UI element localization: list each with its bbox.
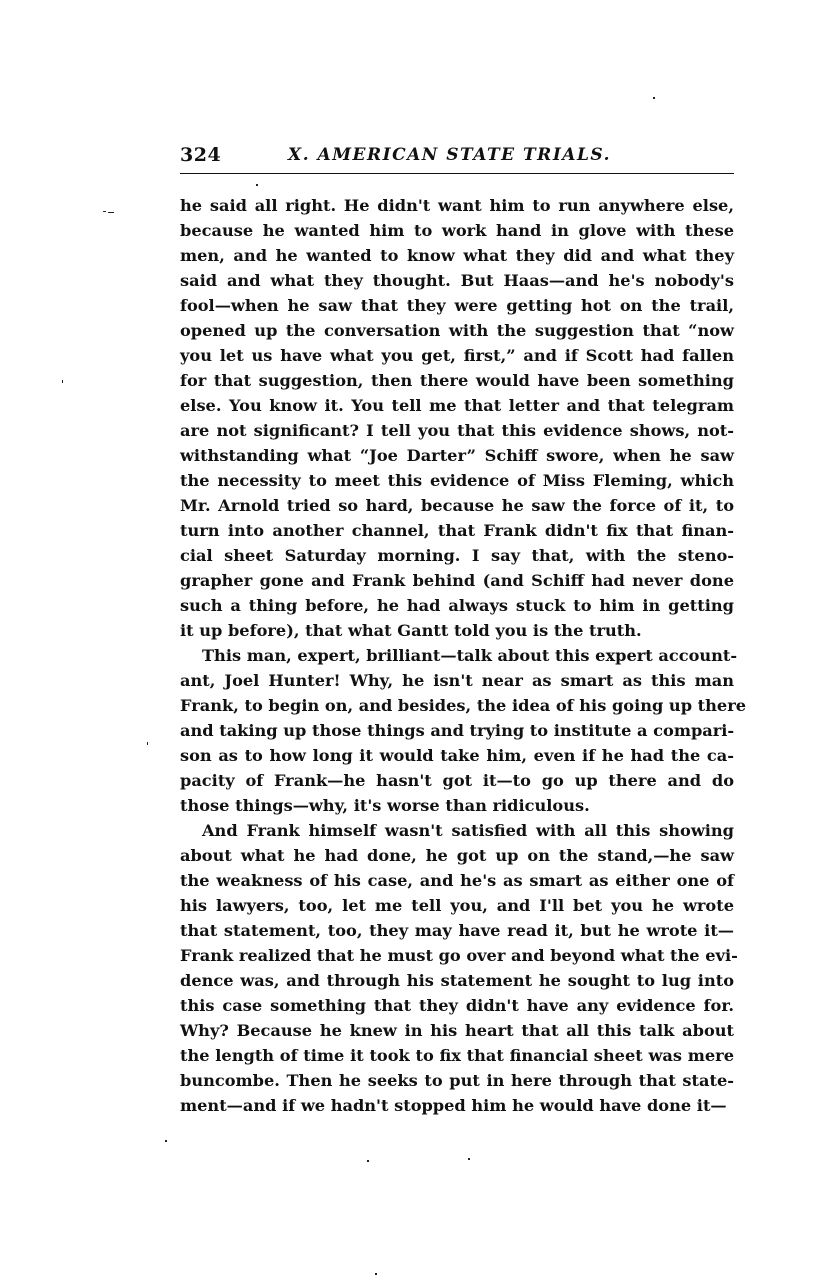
text-line: said and what they thought. But Haas—and… xyxy=(180,268,734,293)
text-line: Mr. Arnold tried so hard, because he saw… xyxy=(180,493,734,518)
text-line: And Frank himself wasn't satisfied with … xyxy=(180,818,734,843)
scan-speck xyxy=(62,380,63,383)
text-line: those things—why, it's worse than ridicu… xyxy=(180,793,734,818)
book-page: 324 X. AMERICAN STATE TRIALS. he said al… xyxy=(0,0,836,1284)
text-line: buncombe. Then he seeks to put in here t… xyxy=(180,1068,734,1093)
text-line: for that suggestion, then there would ha… xyxy=(180,368,734,393)
running-head: X. AMERICAN STATE TRIALS. xyxy=(288,145,611,165)
text-line: fool—when he saw that they were getting … xyxy=(180,293,734,318)
scan-speck xyxy=(375,1273,377,1275)
text-line: This man, expert, brilliant—talk about t… xyxy=(180,643,734,668)
text-line: about what he had done, he got up on the… xyxy=(180,843,734,868)
text-line: he said all right. He didn't want him to… xyxy=(180,193,734,218)
scan-speck xyxy=(165,1140,167,1142)
text-line: son as to how long it would take him, ev… xyxy=(180,743,734,768)
text-line: Frank, to begin on, and besides, the ide… xyxy=(180,693,734,718)
scan-speck xyxy=(653,97,655,99)
scan-speck xyxy=(367,1160,369,1162)
scan-speck xyxy=(103,211,106,212)
text-line: opened up the conversation with the sugg… xyxy=(180,318,734,343)
header-rule xyxy=(180,173,734,174)
paragraph: This man, expert, brilliant—talk about t… xyxy=(180,643,734,818)
scan-speck xyxy=(108,212,114,213)
scan-speck xyxy=(468,1158,470,1160)
text-line: such a thing before, he had always stuck… xyxy=(180,593,734,618)
text-line: are not significant? I tell you that thi… xyxy=(180,418,734,443)
page-header: 324 X. AMERICAN STATE TRIALS. xyxy=(180,144,734,174)
text-line: cial sheet Saturday morning. I say that,… xyxy=(180,543,734,568)
text-line: withstanding what “Joe Darter” Schiff sw… xyxy=(180,443,734,468)
text-line: men, and he wanted to know what they did… xyxy=(180,243,734,268)
text-line: grapher gone and Frank behind (and Schif… xyxy=(180,568,734,593)
text-line: ment—and if we hadn't stopped him he wou… xyxy=(180,1093,734,1118)
text-line: it up before), that what Gantt told you … xyxy=(180,618,734,643)
text-line: you let us have what you get, first,” an… xyxy=(180,343,734,368)
text-line: the length of time it took to fix that f… xyxy=(180,1043,734,1068)
text-line: the weakness of his case, and he's as sm… xyxy=(180,868,734,893)
text-line: Frank realized that he must go over and … xyxy=(180,943,734,968)
text-line: dence was, and through his statement he … xyxy=(180,968,734,993)
text-line: his lawyers, too, let me tell you, and I… xyxy=(180,893,734,918)
text-line: because he wanted him to work hand in gl… xyxy=(180,218,734,243)
text-line: Why? Because he knew in his heart that a… xyxy=(180,1018,734,1043)
text-line: else. You know it. You tell me that lett… xyxy=(180,393,734,418)
text-line: turn into another channel, that Frank di… xyxy=(180,518,734,543)
page-number: 324 xyxy=(180,144,221,166)
text-line: ant, Joel Hunter! Why, he isn't near as … xyxy=(180,668,734,693)
paragraph: And Frank himself wasn't satisfied with … xyxy=(180,818,734,1118)
scan-speck xyxy=(256,184,258,186)
text-line: and taking up those things and trying to… xyxy=(180,718,734,743)
paragraph: he said all right. He didn't want him to… xyxy=(180,193,734,643)
text-line: pacity of Frank—he hasn't got it—to go u… xyxy=(180,768,734,793)
body-text: he said all right. He didn't want him to… xyxy=(180,193,734,1118)
text-line: this case something that they didn't hav… xyxy=(180,993,734,1018)
text-line: the necessity to meet this evidence of M… xyxy=(180,468,734,493)
scan-speck xyxy=(147,742,148,745)
text-line: that statement, too, they may have read … xyxy=(180,918,734,943)
